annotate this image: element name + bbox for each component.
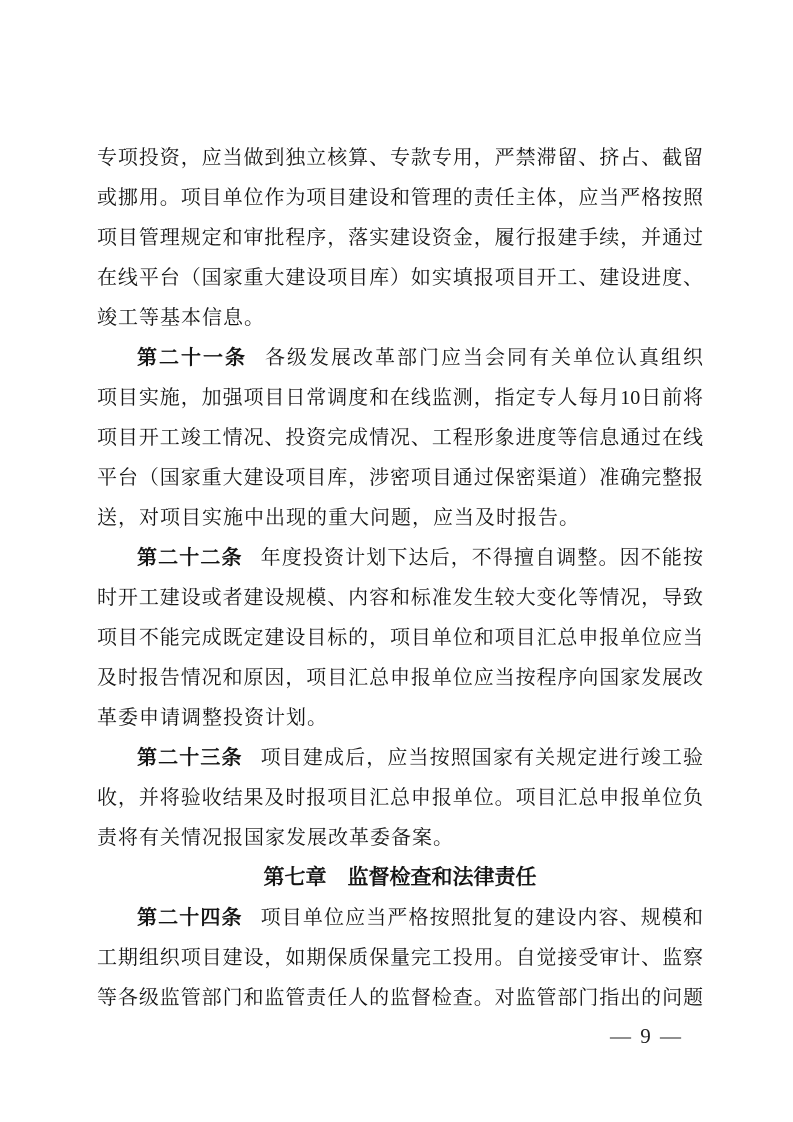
article-text: 年度投资计划下达后，不得擅自调整。因不能按	[261, 547, 703, 569]
paragraph-article-23: 第二十三条项目建成后，应当按照国家有关规定进行竣工验 收，并将验收结果及时报项目…	[97, 738, 703, 858]
chapter-number: 第七章	[264, 866, 327, 889]
text-line: 送，对项目实施中出现的重大问题，应当及时报告。	[97, 498, 703, 538]
article-text: 项目建成后，应当按照国家有关规定进行竣工验	[261, 747, 703, 769]
text-column: 专项投资，应当做到独立核算、专款专用，严禁滞留、挤占、截留 或挪用。项目单位作为…	[97, 138, 703, 1058]
article-head: 第二十四条	[137, 907, 243, 929]
article-text: 项目单位应当严格按照批复的建设内容、规模和	[261, 907, 703, 929]
article-text: 各级发展改革部门应当会同有关单位认真组织	[265, 347, 703, 369]
text-line: 第二十三条项目建成后，应当按照国家有关规定进行竣工验	[97, 738, 703, 778]
text-line: 在线平台（国家重大建设项目库）如实填报项目开工、建设进度、	[97, 258, 703, 298]
text-line: 第二十四条项目单位应当严格按照批复的建设内容、规模和	[97, 898, 703, 938]
text-line: 项目不能完成既定建设目标的，项目单位和项目汇总申报单位应当	[97, 618, 703, 658]
article-head: 第二十一条	[137, 347, 247, 369]
text-line: 责将有关情况报国家发展改革委备案。	[97, 818, 703, 858]
text-line: 项目管理规定和审批程序，落实建设资金，履行报建手续，并通过	[97, 218, 703, 258]
text-line: 或挪用。项目单位作为项目建设和管理的责任主体，应当严格按照	[97, 178, 703, 218]
text-line: 平台（国家重大建设项目库，涉密项目通过保密渠道）准确完整报	[97, 458, 703, 498]
text-line: 项目实施，加强项目日常调度和在线监测，指定专人每月10日前将	[97, 378, 703, 418]
paragraph-continuation: 专项投资，应当做到独立核算、专款专用，严禁滞留、挤占、截留 或挪用。项目单位作为…	[97, 138, 703, 338]
text-line: 项目开工竣工情况、投资完成情况、工程形象进度等信息通过在线	[97, 418, 703, 458]
text-line: 革委申请调整投资计划。	[97, 698, 703, 738]
paragraph-article-21: 第二十一条各级发展改革部门应当会同有关单位认真组织 项目实施，加强项目日常调度和…	[97, 338, 703, 538]
text-line: 收，并将验收结果及时报项目汇总申报单位。项目汇总申报单位负	[97, 778, 703, 818]
article-head: 第二十三条	[137, 747, 243, 769]
text-line: 等各级监管部门和监管责任人的监督检查。对监管部门指出的问题	[97, 978, 703, 1018]
text-line: 及时报告情况和原因，项目汇总申报单位应当按程序向国家发展改	[97, 658, 703, 698]
paragraph-article-22: 第二十二条年度投资计划下达后，不得擅自调整。因不能按 时开工建设或者建设规模、内…	[97, 538, 703, 738]
page-number: — 9 —	[97, 1018, 703, 1058]
document-page: 专项投资，应当做到独立核算、专款专用，严禁滞留、挤占、截留 或挪用。项目单位作为…	[0, 0, 793, 1122]
text-line: 专项投资，应当做到独立核算、专款专用，严禁滞留、挤占、截留	[97, 138, 703, 178]
chapter-heading: 第七章监督检查和法律责任	[97, 858, 703, 898]
text-line: 第二十二条年度投资计划下达后，不得擅自调整。因不能按	[97, 538, 703, 578]
text-line: 时开工建设或者建设规模、内容和标准发生较大变化等情况，导致	[97, 578, 703, 618]
article-head: 第二十二条	[137, 547, 243, 569]
paragraph-article-24: 第二十四条项目单位应当严格按照批复的建设内容、规模和 工期组织项目建设，如期保质…	[97, 898, 703, 1018]
text-line: 竣工等基本信息。	[97, 298, 703, 338]
text-line: 工期组织项目建设，如期保质保量完工投用。自觉接受审计、监察	[97, 938, 703, 978]
text-line: 第二十一条各级发展改革部门应当会同有关单位认真组织	[97, 338, 703, 378]
chapter-title: 监督检查和法律责任	[348, 866, 537, 889]
